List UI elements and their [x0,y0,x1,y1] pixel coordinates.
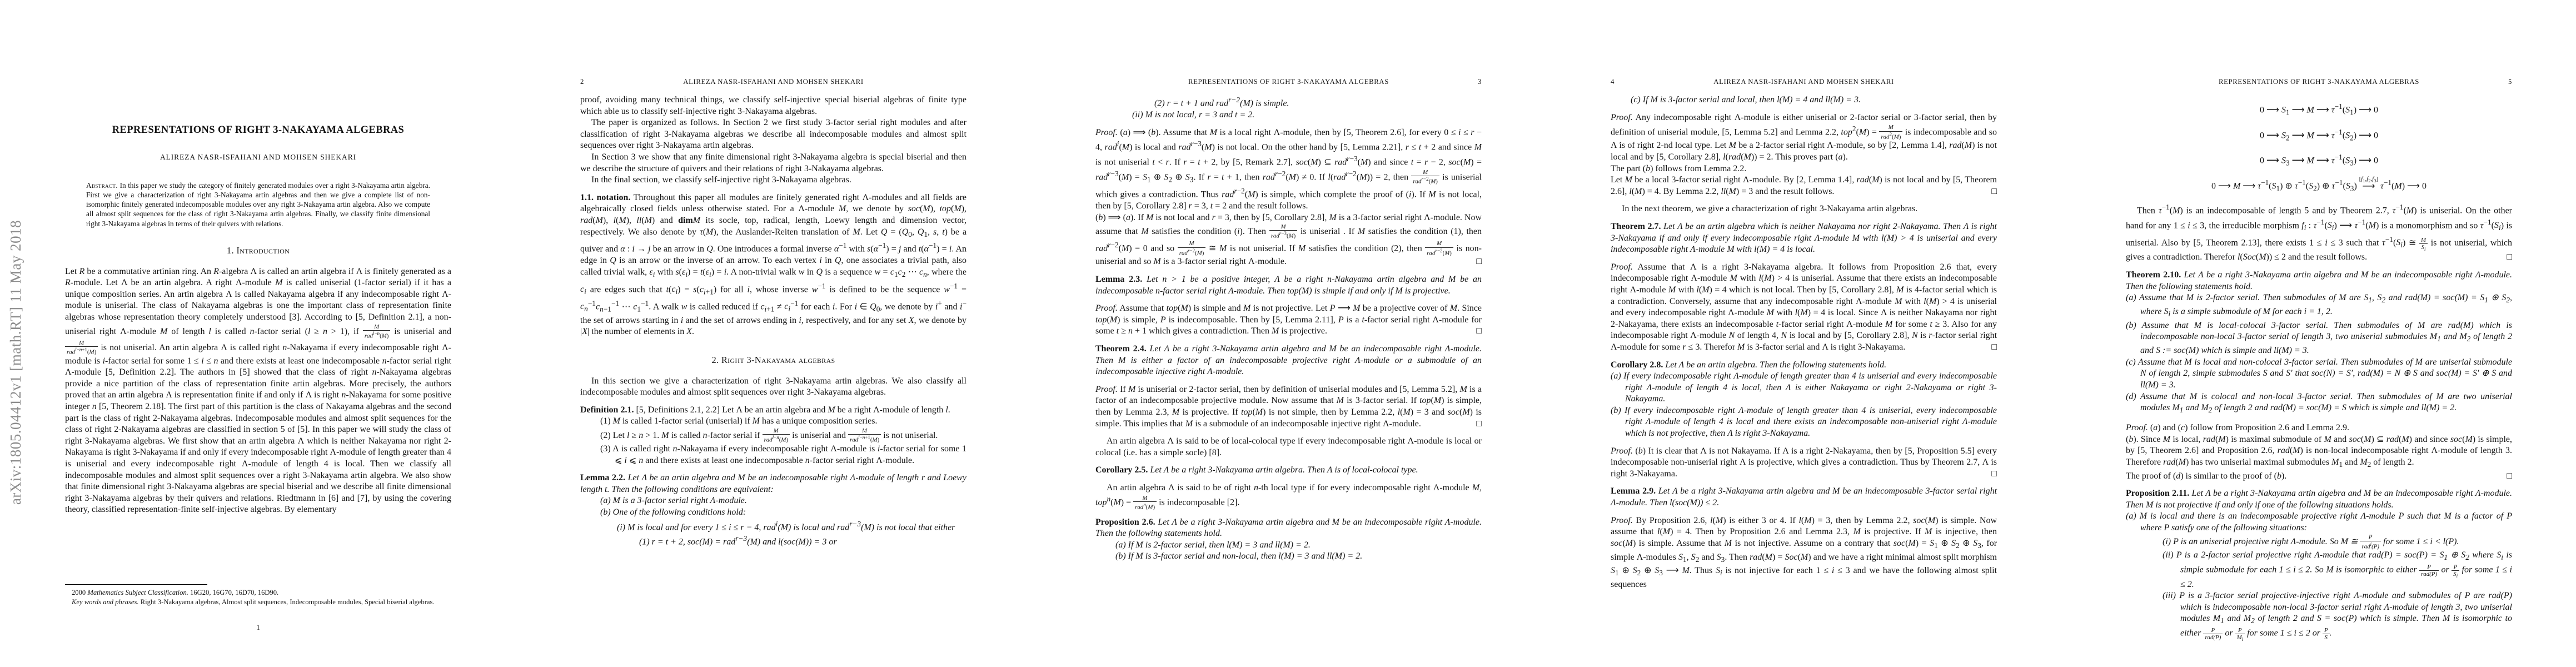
paragraph: An artin algebra Λ is said to be of loca… [1095,436,1482,459]
page-5: REPRESENTATIONS OF RIGHT 3-NAKAYAMA ALGE… [2061,0,2576,667]
page-content: proof, avoiding many technical things, w… [580,94,966,548]
list-item: (b) One of the following conditions hold… [600,507,966,519]
paragraph: An artin algebra Λ is said to be of righ… [1095,482,1482,511]
definition-2-1: Definition 2.1. [5, Definitions 2.1, 2.2… [580,405,966,416]
abstract: Abstract. In this paper we study the cat… [86,181,430,228]
paragraph: In this section we give a characterizati… [580,376,966,399]
proof-continued: (b) ⟹ (a). If M is not local and r = 3, … [1095,212,1482,268]
page-3: REPRESENTATIONS OF RIGHT 3-NAKAYAMA ALGE… [1030,0,1546,667]
proof-continued: (b). Since M is local, rad(M) is maximal… [2126,434,2512,471]
display-equation: 0 ⟶ S1 ⟶ M ⟶ τ−1(S1) ⟶ 0 [2126,99,2512,120]
running-head: REPRESENTATIONS OF RIGHT 3-NAKAYAMA ALGE… [2126,78,2512,86]
page-4: 4ALIREZA NASR-ISFAHANI AND MOHSEN SHEKAR… [1546,0,2061,667]
page-1: REPRESENTATIONS OF RIGHT 3-NAKAYAMA ALGE… [0,0,515,667]
footnote: Key words and phrases. Right 3-Nakayama … [65,598,451,607]
list-item: (a) If M is 2-factor serial, then l(M) =… [1115,540,1482,551]
proof-theorem-2-7: Proof. Assume that Λ is a right 3-Nakaya… [1611,262,1997,354]
proposition-2-6: Proposition 2.6. Let Λ be a right 3-Naka… [1095,517,1482,540]
page-2: 2ALIREZA NASR-ISFAHANI AND MOHSEN SHEKAR… [515,0,1030,667]
proof-theorem-2-4: Proof. If M is uniserial or 2-factor ser… [1095,384,1482,430]
running-head-page-number-left [1095,78,1134,86]
list-item: (2) r = t + 1 and radr−2(M) is simple. [1154,94,1482,109]
list-item: (a) Assume that M is 2-factor serial. Th… [2126,292,2512,320]
list-item: (ii) M is not local, r = 3 and t = 2. [1132,109,1482,121]
theorem-2-4: Theorem 2.4. Let Λ be a right 3-Nakayama… [1095,344,1482,378]
arxiv-watermark: arXiv:1805.04412v1 [math.RT] 11 May 2018 [7,137,24,588]
footnote-rule [65,584,207,585]
list-item: (d) Assume that M is colocal and non-loc… [2126,391,2512,416]
paragraph: In the final section, we classify self-i… [580,175,966,186]
running-head-title: REPRESENTATIONS OF RIGHT 3-NAKAYAMA ALGE… [2165,78,2473,86]
paragraph: proof, avoiding many technical things, w… [580,94,966,117]
list-item: (b) Assume that M is local-colocal 3-fac… [2126,320,2512,357]
footnote: 2000 Mathematics Subject Classification.… [65,588,451,598]
list-item: (i) M is local and for every 1 ≤ i ≤ r −… [617,519,966,534]
theorem-2-10: Theorem 2.10. Let Λ be a right 3-Nakayam… [2126,270,2512,292]
list-item: (i) P is an uniserial projective right Λ… [2163,534,2512,550]
proof-lemma-2-3: Proof. Assume that top(M) is simple and … [1095,303,1482,337]
proof-lemma-2-9: Proof. By Proposition 2.6, l(M) is eithe… [1611,515,1997,591]
list-item: (c) Assume that M is local and non-coloc… [2126,357,2512,391]
proof-proposition-2-6: Proof. Any indecomposable right Λ-module… [1611,112,1997,163]
running-head: 4ALIREZA NASR-ISFAHANI AND MOHSEN SHEKAR… [1611,78,1997,86]
list-item: (b) If every indecomposable right Λ-modu… [1611,405,1997,440]
paper-authors: ALIREZA NASR-ISFAHANI AND MOHSEN SHEKARI [65,152,451,163]
page-content: REPRESENTATIONS OF RIGHT 3-NAKAYAMA ALGE… [65,0,451,516]
running-head-title: REPRESENTATIONS OF RIGHT 3-NAKAYAMA ALGE… [1134,78,1443,86]
section-heading-right-3-nakayama: 2. Right 3-Nakayama algebras [580,355,966,366]
paper-pages-strip: REPRESENTATIONS OF RIGHT 3-NAKAYAMA ALGE… [0,0,2576,667]
list-item: (a) If every indecomposable right Λ-modu… [1611,371,1997,405]
list-item: (ii) P is a 2-factor serial projective r… [2163,550,2512,590]
running-head-page-number-left [2126,78,2165,86]
paragraph: Then τ−1(M) is an indecomposable of leng… [2126,202,2512,263]
list-item: (b) If M is 3-factor serial and non-loca… [1115,551,1482,563]
running-head-page-number-left: 4 [1611,78,1650,86]
proof-continued: The proof of (d) is similar to the proof… [2126,471,2512,482]
lemma-2-3: Lemma 2.3. Let n > 1 be a positive integ… [1095,274,1482,297]
list-item: (iii) P is a 3-factor serial projective-… [2163,590,2512,642]
page-content: (2) r = t + 1 and radr−2(M) is simple.(i… [1095,94,1482,563]
proof-theorem-2-10: Proof. (a) and (c) follow from Propositi… [2126,422,2512,434]
list-item: (1) M is called 1-factor serial (uniseri… [600,416,966,427]
list-item: (a) M is a 3-factor serial right Λ-modul… [600,495,966,507]
running-head-page-number-left: 2 [580,78,619,86]
proof-lemma-2-2: Proof. (a) ⟹ (b). Assume that M is a loc… [1095,127,1482,212]
corollary-2-8: Corollary 2.8. Let Λ be an artin algebra… [1611,360,1997,371]
page-content: (c) If M is 3-factor serial and local, t… [1611,94,1997,591]
running-head-page-number-right [1958,78,1997,86]
running-head-page-number-right [928,78,966,86]
paragraph: In the next theorem, we give a character… [1611,203,1997,215]
lemma-2-2: Lemma 2.2. Let Λ be an artin algebra and… [580,472,966,495]
paragraph: In Section 3 we show that any finite dim… [580,152,966,175]
display-equation: 0 ⟶ M ⟶ τ−1(S1) ⊕ τ−1(S2) ⊕ τ−1(S3) [f1,… [2126,175,2512,196]
paragraph: The paper is organized as follows. In Se… [580,117,966,152]
proof-corollary-2-8: Proof. (b) It is clear that Λ is not Nak… [1611,446,1997,480]
display-equation: 0 ⟶ S3 ⟶ M ⟶ τ−1(S3) ⟶ 0 [2126,150,2512,171]
list-item: (2) Let l ≥ n > 1. M is called n-factor … [600,427,966,444]
proof-continued: The part (b) follows from Lemma 2.2. [1611,163,1997,175]
display-equation: 0 ⟶ S2 ⟶ M ⟶ τ−1(S2) ⟶ 0 [2126,125,2512,146]
paragraph: Let R be a commutative artinian ring. An… [65,266,451,516]
running-head: 2ALIREZA NASR-ISFAHANI AND MOHSEN SHEKAR… [580,78,966,86]
running-head-page-number-right: 3 [1443,78,1482,86]
page-number: 1 [65,623,451,632]
proposition-2-11: Proposition 2.11. Let Λ be a right 3-Nak… [2126,488,2512,511]
running-head-title: ALIREZA NASR-ISFAHANI AND MOHSEN SHEKARI [1650,78,1958,86]
section-heading-introduction: 1. Introduction [65,245,451,257]
running-head-title: ALIREZA NASR-ISFAHANI AND MOHSEN SHEKARI [619,78,928,86]
proof-continued: Let M be a local 3-factor serial right Λ… [1611,175,1997,197]
paper-title: REPRESENTATIONS OF RIGHT 3-NAKAYAMA ALGE… [65,123,451,137]
list-item: (a) M is local and there is an indecompo… [2126,511,2512,534]
footnote-block: 2000 Mathematics Subject Classification.… [65,584,451,607]
running-head-page-number-right: 5 [2473,78,2512,86]
corollary-2-5: Corollary 2.5. Let Λ be a right 3-Nakaya… [1095,465,1482,476]
running-head: REPRESENTATIONS OF RIGHT 3-NAKAYAMA ALGE… [1095,78,1482,86]
theorem-2-7: Theorem 2.7. Let Λ be an artin algebra w… [1611,221,1997,256]
list-item: (1) r = t + 2, soc(M) = radr−3(M) and l(… [639,533,966,548]
subsection-notation: 1.1. notation. Throughout this paper all… [580,192,966,338]
page-content: 0 ⟶ S1 ⟶ M ⟶ τ−1(S1) ⟶ 00 ⟶ S2 ⟶ M ⟶ τ−1… [2126,94,2512,643]
list-item: (3) Λ is called right n-Nakayama if ever… [600,444,966,466]
lemma-2-9: Lemma 2.9. Let Λ be a right 3-Nakayama a… [1611,486,1997,509]
list-item: (c) If M is 3-factor serial and local, t… [1631,94,1997,106]
